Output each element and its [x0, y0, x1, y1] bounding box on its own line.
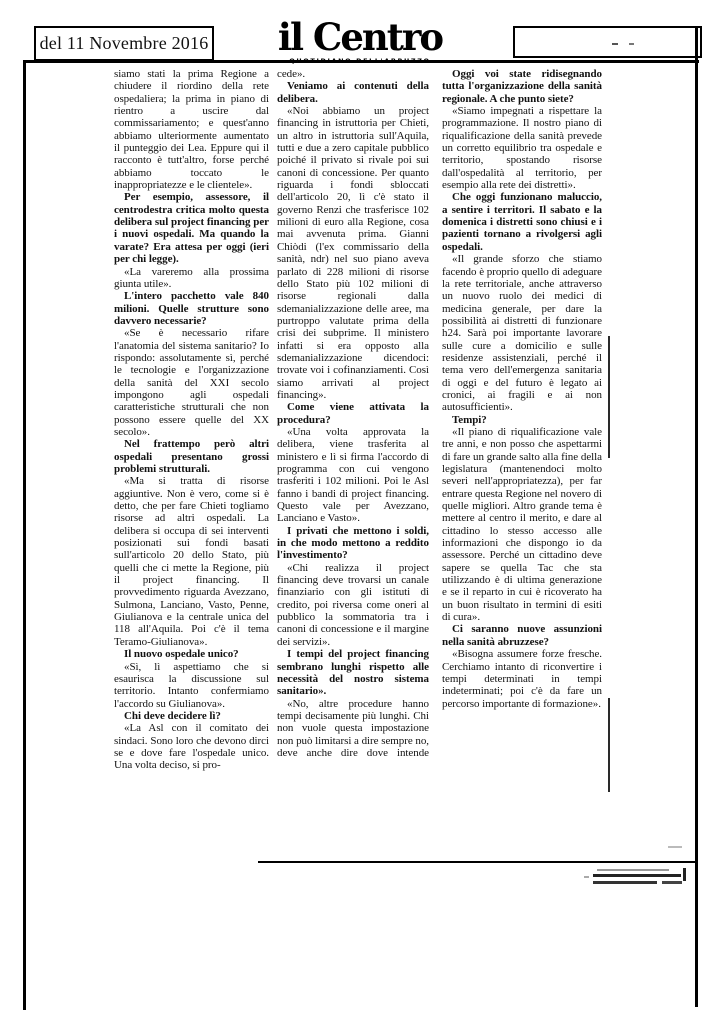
answer-paragraph: «Se è necessario rifare l'anatomia del s…: [114, 327, 269, 438]
masthead: il Centro QUOTIDIANO DELL'ABRUZZO: [240, 18, 480, 65]
question-paragraph: Nel frattempo però altri ospedali presen…: [114, 438, 269, 475]
stamp-mark: [612, 43, 618, 45]
scan-artifact: [683, 868, 686, 881]
scan-artifact: [593, 881, 657, 884]
newspaper-clipping-page: { "colors": { "ink": "#121212", "paper":…: [0, 0, 721, 1024]
answer-paragraph: «Noi abbiamo un project financing in ist…: [277, 105, 429, 401]
article-column-2: cede».Veniamo ai contenuti della deliber…: [277, 68, 429, 758]
answer-paragraph: cede».: [277, 68, 429, 80]
article-column-3: Oggi voi state ridisegnando tutta l'orga…: [442, 68, 602, 810]
masthead-logo: il Centro: [240, 18, 480, 56]
date-label: del 11 Novembre 2016: [40, 33, 209, 54]
answer-paragraph: siamo stati la prima Regione a chiudere …: [114, 68, 269, 191]
question-paragraph: Ci saranno nuove assunzioni nella sanità…: [442, 623, 602, 648]
question-paragraph: Il nuovo ospedale unico?: [114, 648, 269, 660]
scan-artifact: [597, 869, 669, 871]
question-paragraph: I tempi del project financing sembrano l…: [277, 648, 429, 697]
question-paragraph: L'intero pacchetto vale 840 milioni. Que…: [114, 290, 269, 327]
date-stamp-box: del 11 Novembre 2016: [34, 26, 214, 61]
answer-paragraph: «Bisogna assumere forze fresche. Cerchia…: [442, 648, 602, 710]
column-edge-rule: [608, 336, 610, 458]
question-paragraph: Chi deve decidere lì?: [114, 710, 269, 722]
scan-artifact: [662, 881, 682, 884]
question-paragraph: Tempi?: [442, 414, 602, 426]
scan-artifact: [668, 846, 682, 848]
answer-paragraph: «Il grande sforzo che stiamo facendo è p…: [442, 253, 602, 413]
scan-artifact: [584, 876, 589, 878]
question-paragraph: Oggi voi state ridisegnando tutta l'orga…: [442, 68, 602, 105]
article-bottom-rule: [258, 861, 697, 863]
answer-paragraph: «La Asl con il comitato dei sindaci. Son…: [114, 722, 269, 771]
answer-paragraph: «No, altre procedure hanno tempi decisam…: [277, 698, 429, 758]
frame-top-rule: [23, 60, 699, 63]
question-paragraph: Come viene attivata la procedura?: [277, 401, 429, 426]
scan-artifact: [593, 874, 681, 877]
column-edge-rule: [608, 698, 610, 792]
question-paragraph: Veniamo ai contenuti della delibera.: [277, 80, 429, 105]
answer-paragraph: «Ma si tratta di risorse aggiuntive. Non…: [114, 475, 269, 648]
archive-stamp-box: [513, 26, 702, 58]
answer-paragraph: «La vareremo alla prossima giunta utile»…: [114, 266, 269, 291]
frame-right-rule: [695, 27, 698, 1007]
question-paragraph: Per esempio, assessore, il centrodestra …: [114, 191, 269, 265]
answer-paragraph: «Una volta approvata la delibera, viene …: [277, 426, 429, 525]
answer-paragraph: «Sì, lì aspettiamo che si esaurisca la d…: [114, 661, 269, 710]
stamp-mark: [629, 43, 634, 45]
answer-paragraph: «Siamo impegnati a rispettare la program…: [442, 105, 602, 191]
frame-left-rule: [23, 60, 26, 1010]
answer-paragraph: «Il piano di riqualificazione vale tre a…: [442, 426, 602, 624]
article-column-1: siamo stati la prima Regione a chiudere …: [114, 68, 269, 803]
question-paragraph: I privati che mettono i soldi, in che mo…: [277, 525, 429, 562]
question-paragraph: Che oggi funzionano maluccio, a sentire …: [442, 191, 602, 253]
answer-paragraph: «Chi realizza il project financing deve …: [277, 562, 429, 648]
